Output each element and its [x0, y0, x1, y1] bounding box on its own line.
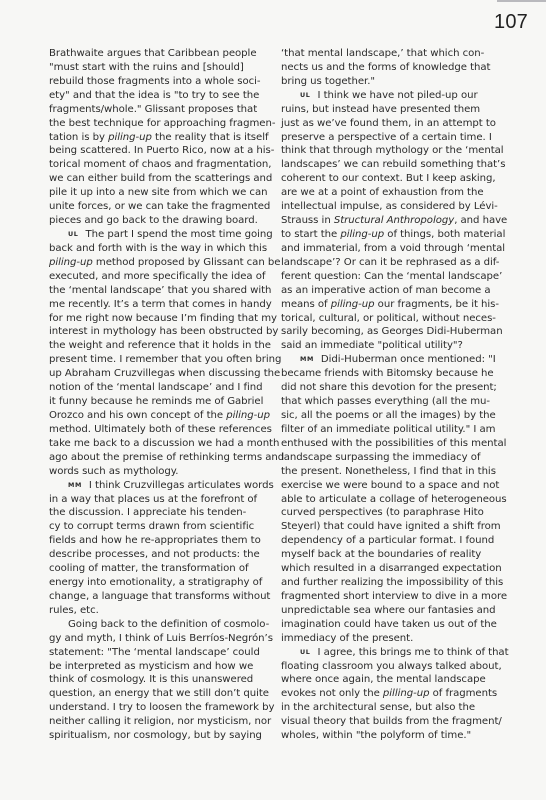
text-line: rebuild those fragments into a whole soc…: [49, 75, 271, 89]
text-line: torical, cultural, or political, without…: [281, 312, 511, 326]
text-line: think that through mythology or the ‘men…: [281, 144, 511, 158]
text-run: our fragments, be it his-: [375, 299, 500, 310]
text-run: of fragments: [429, 688, 497, 699]
text-run: Strauss in: [281, 215, 334, 226]
text-line: as an imperative action of man become a: [281, 284, 511, 298]
text-line: in a way that places us at the forefront…: [49, 493, 271, 507]
text-line: ety" and that the idea is "to try to see…: [49, 89, 271, 103]
text-line: just as we’ve found them, in an attempt …: [281, 117, 511, 131]
text-line: be interpreted as mysticism and how we: [49, 660, 271, 674]
text-line: means of piling-up our fragments, be it …: [281, 298, 511, 312]
text-line: ‘that mental landscape,’ that which con-: [281, 47, 511, 61]
text-line: fragments/whole." Glissant proposes that: [49, 103, 271, 117]
text-line: filter of an immediate political utility…: [281, 423, 511, 437]
text-line: method. Ultimately both of these referen…: [49, 423, 271, 437]
text-line: landscape surpassing the immediacy of: [281, 451, 511, 465]
text-line: sic, all the poems or all the images) by…: [281, 409, 511, 423]
text-line: landscapes’ we can rebuild something tha…: [281, 158, 511, 172]
text-line: gy and myth, I think of Luis Berríos-Neg…: [49, 632, 271, 646]
text-line: in the architectural sense, but also the: [281, 701, 511, 715]
text-line: immediacy of the present.: [281, 632, 511, 646]
text-line: MMDidi-Huberman once mentioned: "I: [281, 353, 511, 367]
text-line: interest in mythology has been obstructe…: [49, 325, 271, 339]
text-run: , and have: [454, 215, 507, 226]
text-line: unpredictable sea where our fantasies an…: [281, 604, 511, 618]
text-line: torical moment of chaos and fragmentatio…: [49, 158, 271, 172]
text-line: we can either build from the scatterings…: [49, 172, 271, 186]
text-line: intellectual impulse, as considered by L…: [281, 200, 511, 214]
speaker-text: The part I spend the most time going: [85, 229, 272, 240]
text-line: and immaterial, from a void through ‘men…: [281, 242, 511, 256]
text-line: curved perspectives (to paraphrase Hito: [281, 506, 511, 520]
text-line: understand. I try to loosen the framewor…: [49, 701, 271, 715]
text-run: Orozco and his own concept of the: [49, 410, 226, 421]
text-line: Steyerl) that could have ignited a shift…: [281, 520, 511, 534]
text-line: to start the piling-up of things, both m…: [281, 228, 511, 242]
text-run: tation is by: [49, 132, 108, 143]
text-line: neither calling it religion, nor mystici…: [49, 715, 271, 729]
text-line: nects us and the forms of knowledge that: [281, 61, 511, 75]
speaker-text: I agree, this brings me to think of that: [317, 647, 508, 658]
text-line: energy into emotionality, a stratigraphy…: [49, 576, 271, 590]
text-line: being scattered. In Puerto Rico, now at …: [49, 144, 271, 158]
text-line: tation is by piling-up the reality that …: [49, 131, 271, 145]
text-line: dependency of a particular format. I fou…: [281, 534, 511, 548]
speaker-initials: MM: [300, 355, 314, 363]
text-line: are we at a point of exhaustion from the: [281, 186, 511, 200]
text-line: up Abraham Cruzvillegas when discussing …: [49, 367, 271, 381]
text-run: the reality that is itself: [152, 132, 269, 143]
text-line: ferent question: Can the ‘mental landsca…: [281, 270, 511, 284]
speaker-initials: UL: [300, 648, 310, 656]
text-line: visual theory that builds from the fragm…: [281, 715, 511, 729]
text-line: ULI agree, this brings me to think of th…: [281, 646, 511, 660]
text-line: said an immediate "political utility"?: [281, 339, 511, 353]
text-line: Going back to the definition of cosmolo-: [49, 618, 271, 632]
text-line: where once again, the mental landscape: [281, 673, 511, 687]
text-line: question, an energy that we still don’t …: [49, 687, 271, 701]
text-line: bring us together.": [281, 75, 511, 89]
text-line: pile it up into a new site from which we…: [49, 186, 271, 200]
speaker-initials: UL: [68, 230, 78, 238]
text-line: present time. I remember that you often …: [49, 353, 271, 367]
text-line: fragmented short interview to dive in a …: [281, 590, 511, 604]
text-line: pieces and go back to the drawing board.: [49, 214, 271, 228]
text-line: evokes not only the pilling-up of fragme…: [281, 687, 511, 701]
text-line: piling-up method proposed by Glissant ca…: [49, 256, 271, 270]
text-line: describe processes, and not products: th…: [49, 548, 271, 562]
text-line: landscape’? Or can it be rephrased as a …: [281, 256, 511, 270]
text-line: notion of the ‘mental landscape’ and I f…: [49, 381, 271, 395]
text-line: spiritualism, nor cosmology, but by sayi…: [49, 729, 271, 743]
text-line: sarily becoming, as Georges Didi-Huberma…: [281, 325, 511, 339]
text-line: imagination could have taken us out of t…: [281, 618, 511, 632]
page-number: 107: [494, 11, 528, 34]
text-line: Orozco and his own concept of the piling…: [49, 409, 271, 423]
text-line: MMI think Cruzvillegas articulates words: [49, 479, 271, 493]
italic-term: piling-up: [108, 132, 152, 143]
text-run: of things, both material: [384, 229, 505, 240]
text-line: ago about the premise of rethinking term…: [49, 451, 271, 465]
text-run: to start the: [281, 229, 340, 240]
text-line: me recently. It’s a term that comes in h…: [49, 298, 271, 312]
text-line: able to articulate a collage of heteroge…: [281, 493, 511, 507]
text-line: words such as mythology.: [49, 465, 271, 479]
text-line: the present. Nonetheless, I find that in…: [281, 465, 511, 479]
italic-term: pilling-up: [383, 688, 430, 699]
text-run: evokes not only the: [281, 688, 383, 699]
text-line: back and forth with is the way in which …: [49, 242, 271, 256]
italic-term: piling-up: [49, 257, 93, 268]
text-line: statement: "The ‘mental landscape’ could: [49, 646, 271, 660]
text-line: wholes, within "the polyform of time.": [281, 729, 511, 743]
text-run: method proposed by Glissant can be: [93, 257, 281, 268]
text-line: cy to corrupt terms drawn from scientifi…: [49, 520, 271, 534]
text-line: became friends with Bitomsky because he: [281, 367, 511, 381]
text-line: take me back to a discussion we had a mo…: [49, 437, 271, 451]
text-line: ULThe part I spend the most time going: [49, 228, 271, 242]
text-line: did not share this devotion for the pres…: [281, 381, 511, 395]
text-line: for me right now because I’m finding tha…: [49, 312, 271, 326]
text-line: floating classroom you always talked abo…: [281, 660, 511, 674]
speaker-text: I think we have not piled-up our: [317, 90, 477, 101]
italic-term: piling-up: [340, 229, 384, 240]
text-line: myself back at the boundaries of reality: [281, 548, 511, 562]
text-line: enthused with the possibilities of this …: [281, 437, 511, 451]
text-line: and further realizing the impossibility …: [281, 576, 511, 590]
text-line: the discussion. I appreciate his tenden-: [49, 506, 271, 520]
italic-term: piling-up: [331, 299, 375, 310]
text-line: it funny because he reminds me of Gabrie…: [49, 395, 271, 409]
text-line: coherent to our context. But I keep aski…: [281, 172, 511, 186]
text-line: executed, and more specifically the idea…: [49, 270, 271, 284]
text-line: Strauss in Structural Anthropology, and …: [281, 214, 511, 228]
text-line: the weight and reference that it holds i…: [49, 339, 271, 353]
speaker-text: I think Cruzvillegas articulates words: [89, 480, 274, 491]
italic-term: piling-up: [226, 410, 270, 421]
text-line: think of cosmology. It is this unanswere…: [49, 673, 271, 687]
text-line: exercise we were bound to a space and no…: [281, 479, 511, 493]
speaker-text: Didi-Huberman once mentioned: "I: [321, 354, 496, 365]
text-line: preserve a perspective of a certain time…: [281, 131, 511, 145]
text-line: cooling of matter, the transformation of: [49, 562, 271, 576]
speaker-initials: MM: [68, 481, 82, 489]
text-line: the best technique for approaching fragm…: [49, 117, 271, 131]
text-line: fields and how he re-appropriates them t…: [49, 534, 271, 548]
text-line: the ‘mental landscape’ that you shared w…: [49, 284, 271, 298]
text-line: ULI think we have not piled-up our: [281, 89, 511, 103]
page-edge-strip: [497, 0, 546, 2]
text-line: ruins, but instead have presented them: [281, 103, 511, 117]
italic-term: Structural Anthropology: [334, 215, 454, 226]
left-text-column: Brathwaite argues that Caribbean people"…: [49, 47, 271, 743]
speaker-initials: UL: [300, 91, 310, 99]
text-run: means of: [281, 299, 331, 310]
text-line: rules, etc.: [49, 604, 271, 618]
right-text-column: ‘that mental landscape,’ that which con-…: [281, 47, 511, 743]
text-line: which resulted in a disarranged expectat…: [281, 562, 511, 576]
text-line: Brathwaite argues that Caribbean people: [49, 47, 271, 61]
text-line: unite forces, or we can take the fragmen…: [49, 200, 271, 214]
text-line: "must start with the ruins and [should]: [49, 61, 271, 75]
text-line: that which passes everything (all the mu…: [281, 395, 511, 409]
text-line: change, a language that transforms witho…: [49, 590, 271, 604]
